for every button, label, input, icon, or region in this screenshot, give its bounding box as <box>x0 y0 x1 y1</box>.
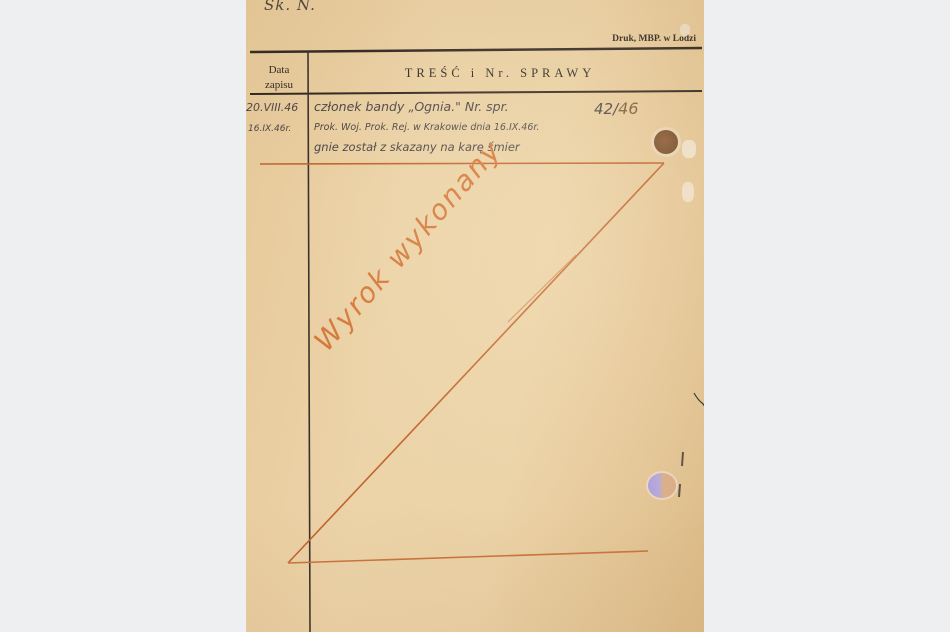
paper-tear <box>680 24 690 36</box>
case-number: 42/46 <box>594 99 639 118</box>
entry-line-2: Prok. Woj. Prok. Rej. w Krakowie dnia 16… <box>314 122 539 133</box>
content-column-header: TREŚĆ i Nr. SPRAWY <box>310 66 690 81</box>
punch-hole-bottom <box>648 473 676 498</box>
document-page: Sk. N. Druk, MBP. w Lodzi Data zapisu TR… <box>246 0 704 632</box>
date-column-header: Data zapisu <box>252 63 306 93</box>
punch-hole-top <box>654 130 678 154</box>
entry-line-1: członek bandy „Ognia." Nr. spr. <box>314 99 509 114</box>
archive-note: Sk. N. <box>264 0 316 14</box>
paper-tear <box>682 140 696 158</box>
entry-date-2: 16.IX.46r. <box>248 124 291 134</box>
paper-tear <box>682 182 694 202</box>
entry-date-1: 20.VIII.46 <box>246 101 298 114</box>
ruled-lines-and-strike <box>246 0 704 632</box>
